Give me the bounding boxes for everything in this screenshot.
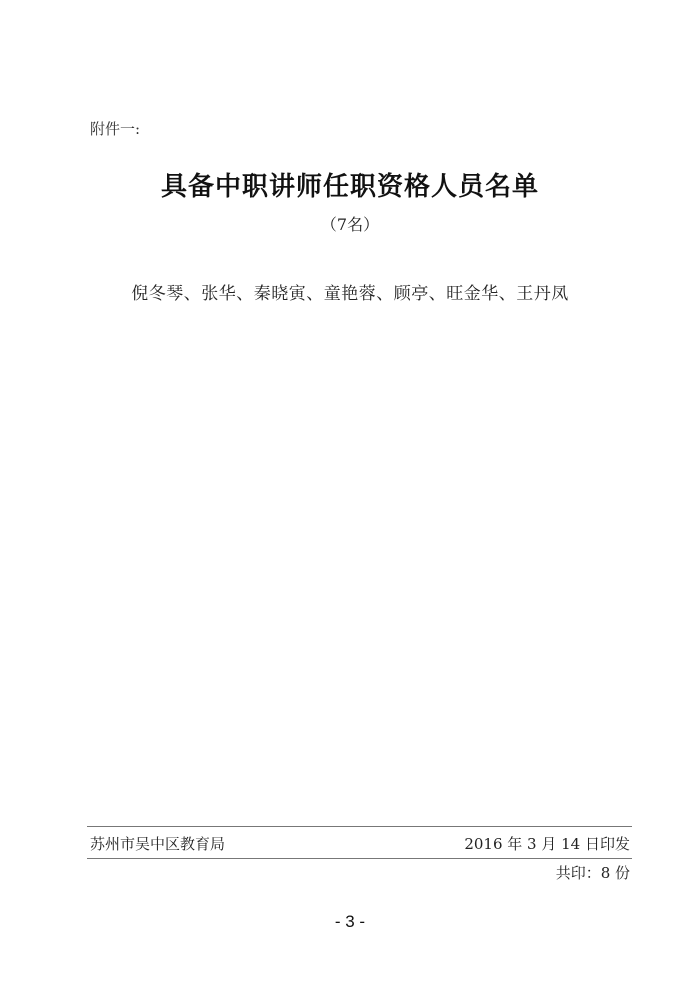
page-number: - 3 -	[0, 912, 700, 932]
issue-date: 2016 年 3 月 14 日印发	[464, 833, 630, 854]
document-title: 具备中职讲师任职资格人员名单	[0, 166, 700, 203]
footer-bottom-rule	[87, 858, 632, 859]
person-count: （7名）	[0, 212, 700, 235]
copies-printed: 共印：8 份	[556, 862, 630, 883]
footer-top-rule	[87, 826, 632, 827]
attachment-label: 附件一:	[90, 118, 140, 139]
names-list: 倪冬琴、张华、秦晓寅、童艳蓉、顾亭、旺金华、王丹凤	[0, 279, 700, 304]
issuer: 苏州市吴中区教育局	[90, 833, 225, 854]
